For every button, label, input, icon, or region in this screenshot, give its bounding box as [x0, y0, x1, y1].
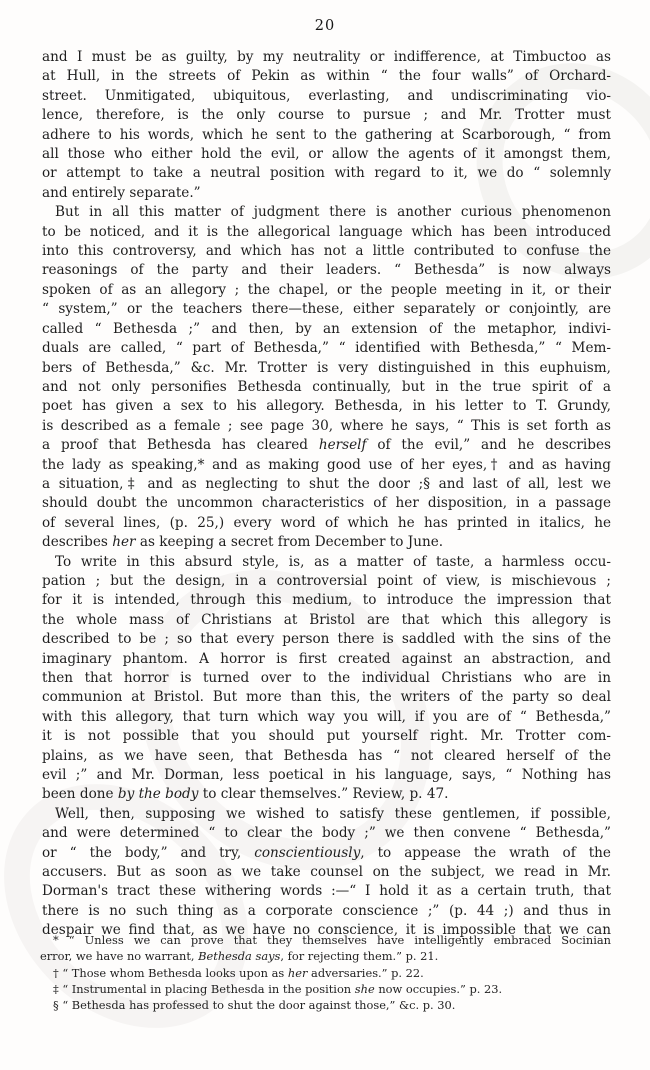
page-number: 20	[0, 18, 650, 34]
text-line: lence, therefore, is the only course to …	[42, 106, 611, 125]
text-line: Well, then, supposing we wished to satis…	[42, 805, 611, 824]
footnote-line: ‡ “ Instrumental in placing Bethesda in …	[40, 981, 611, 997]
text-line: with this allegory, that turn which way …	[42, 708, 611, 727]
text-line: and not only personifies Bethesda contin…	[42, 378, 611, 397]
footnote-line: error, we have no warrant, Bethesda says…	[40, 948, 611, 964]
text-line: To write in this absurd style, is, as a …	[42, 553, 611, 572]
text-line: a proof that Bethesda has cleared hersel…	[42, 436, 611, 455]
footnote-line: § “ Bethesda has professed to shut the d…	[40, 997, 611, 1013]
text-line: there is no such thing as a corporate co…	[42, 902, 611, 921]
text-line: reasonings of the party and their leader…	[42, 261, 611, 280]
text-line: duals are called, “ part of Bethesda,” “…	[42, 339, 611, 358]
body-text: and I must be as guilty, by my neutralit…	[42, 48, 611, 941]
text-line: is described as a female ; see page 30, …	[42, 417, 611, 436]
text-line: for it is intended, through this medium,…	[42, 591, 611, 610]
text-line: or “ the body,” and try, conscientiously…	[42, 844, 611, 863]
text-line: called “ Bethesda ;” and then, by an ext…	[42, 320, 611, 339]
text-line: accusers. But as soon as we take counsel…	[42, 863, 611, 882]
text-line: and were determined “ to clear the body …	[42, 824, 611, 843]
footnote-line: * “ Unless we can prove that they themse…	[40, 932, 611, 948]
text-line: street. Unmitigated, ubiquitous, everlas…	[42, 87, 611, 106]
text-line: But in all this matter of judgment there…	[42, 203, 611, 222]
text-line: into this controversy, and which has not…	[42, 242, 611, 261]
text-line: then that horror is turned over to the i…	[42, 669, 611, 688]
text-line: pation ; but the design, in a controvers…	[42, 572, 611, 591]
text-line: or attempt to take a neutral position wi…	[42, 164, 611, 183]
text-line: bers of Bethesda,” &c. Mr. Trotter is ve…	[42, 359, 611, 378]
text-line: all those who either hold the evil, or a…	[42, 145, 611, 164]
text-line: spoken of as an allegory ; the chapel, o…	[42, 281, 611, 300]
footnote-line: † “ Those whom Bethesda looks upon as he…	[40, 965, 611, 981]
text-line: it is not possible that you should put y…	[42, 727, 611, 746]
text-line: describes her as keeping a secret from D…	[42, 533, 611, 552]
text-line: plains, as we have seen, that Bethesda h…	[42, 747, 611, 766]
text-line: the lady as speaking,* and as making goo…	[42, 456, 611, 475]
text-line: been done by the body to clear themselve…	[42, 785, 611, 804]
text-line: and entirely separate.”	[42, 184, 611, 203]
text-line: to be noticed, and it is the allegorical…	[42, 223, 611, 242]
footnotes: * “ Unless we can prove that they themse…	[40, 932, 611, 1013]
text-line: adhere to his words, which he sent to th…	[42, 126, 611, 145]
text-line: a situation,‡ and as neglecting to shut …	[42, 475, 611, 494]
text-line: communion at Bristol. But more than this…	[42, 688, 611, 707]
text-line: “ system,” or the teachers there—these, …	[42, 300, 611, 319]
text-line: should doubt the uncommon characteristic…	[42, 494, 611, 513]
text-line: evil ;” and Mr. Dorman, less poetical in…	[42, 766, 611, 785]
text-line: of several lines, (p. 25,) every word of…	[42, 514, 611, 533]
text-line: Dorman's tract these withering words :—“…	[42, 882, 611, 901]
book-page: 20 and I must be as guilty, by my neutra…	[0, 0, 650, 1070]
text-line: at Hull, in the streets of Pekin as with…	[42, 67, 611, 86]
text-line: described to be ; so that every person t…	[42, 630, 611, 649]
text-line: and I must be as guilty, by my neutralit…	[42, 48, 611, 67]
text-line: imaginary phantom. A horror is first cre…	[42, 650, 611, 669]
text-line: the whole mass of Christians at Bristol …	[42, 611, 611, 630]
text-line: poet has given a sex to his allegory. Be…	[42, 397, 611, 416]
